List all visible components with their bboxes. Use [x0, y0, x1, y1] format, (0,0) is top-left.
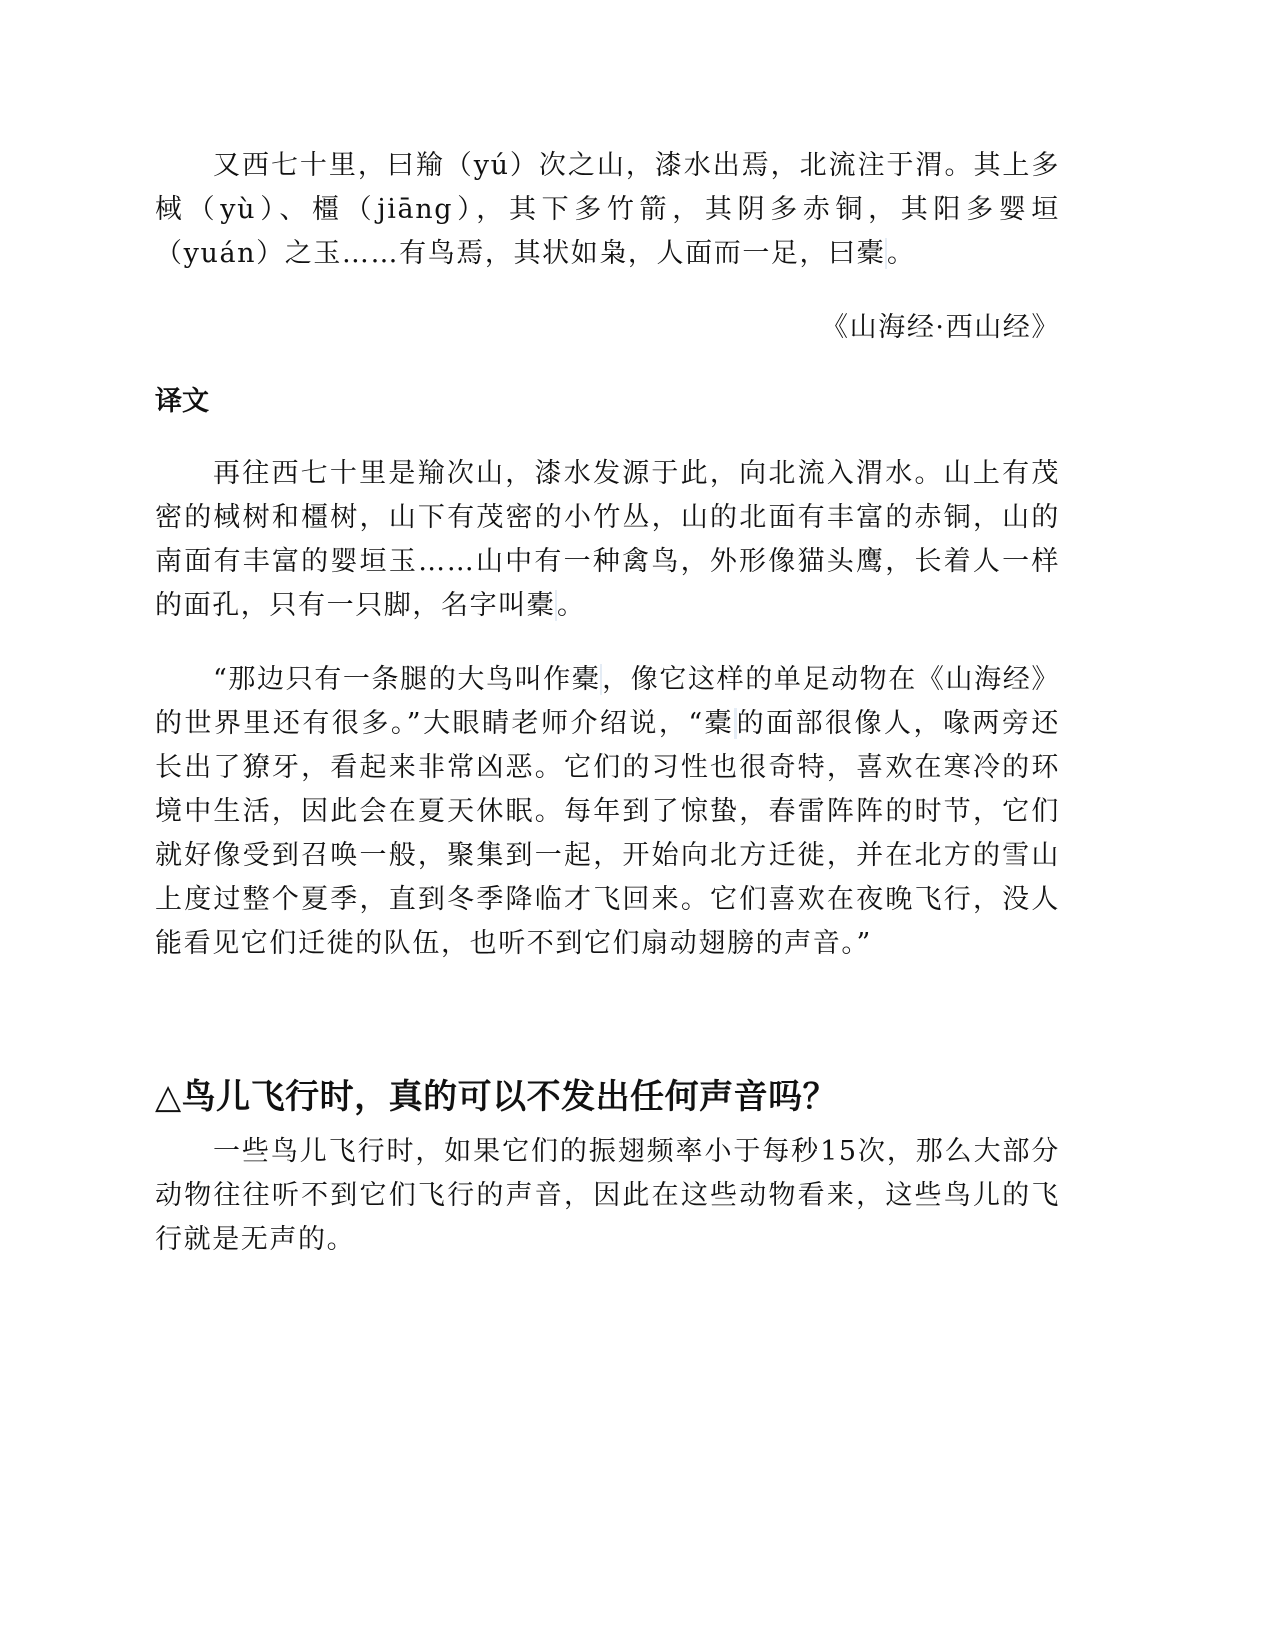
quote-text-3: 的面部很像人，喙两旁还长出了獠牙，看起来非常凶恶。它们的习性也很奇特，喜欢在寒冷… — [155, 708, 1060, 959]
translation-text-end: 。 — [557, 590, 586, 621]
original-text-paragraph: 又西七十里，曰羭（yú）次之山，漆水出焉，北流注于渭。其上多棫（yù）、橿（ji… — [155, 144, 1060, 276]
original-text: 又西七十里，曰羭（yú）次之山，漆水出焉，北流注于渭。其上多棫（yù）、橿（ji… — [155, 150, 1060, 269]
original-text-end: 。 — [887, 238, 916, 269]
section-heading: △鸟儿飞行时，真的可以不发出任何声音吗？ — [155, 1072, 837, 1122]
translation-paragraph: 再往西七十里是羭次山，漆水发源于此，向北流入渭水。山上有茂密的棫树和橿树，山下有… — [155, 452, 1060, 628]
quote-paragraph: “那边只有一条腿的大鸟叫作橐𩇯，像它这样的单足动物在《山海经》的世界里还有很多。… — [155, 658, 1060, 966]
section-body-paragraph: 一些鸟儿飞行时，如果它们的振翅频率小于每秒15次，那么大部分动物往往听不到它们飞… — [155, 1130, 1060, 1262]
translation-heading: 译文 — [155, 380, 209, 424]
quote-text-1: “那边只有一条腿的大鸟叫作橐 — [213, 664, 600, 695]
translation-text: 再往西七十里是羭次山，漆水发源于此，向北流入渭水。山上有茂密的棫树和橿树，山下有… — [155, 458, 1060, 621]
citation: 《山海经·西山经》 — [821, 306, 1060, 350]
